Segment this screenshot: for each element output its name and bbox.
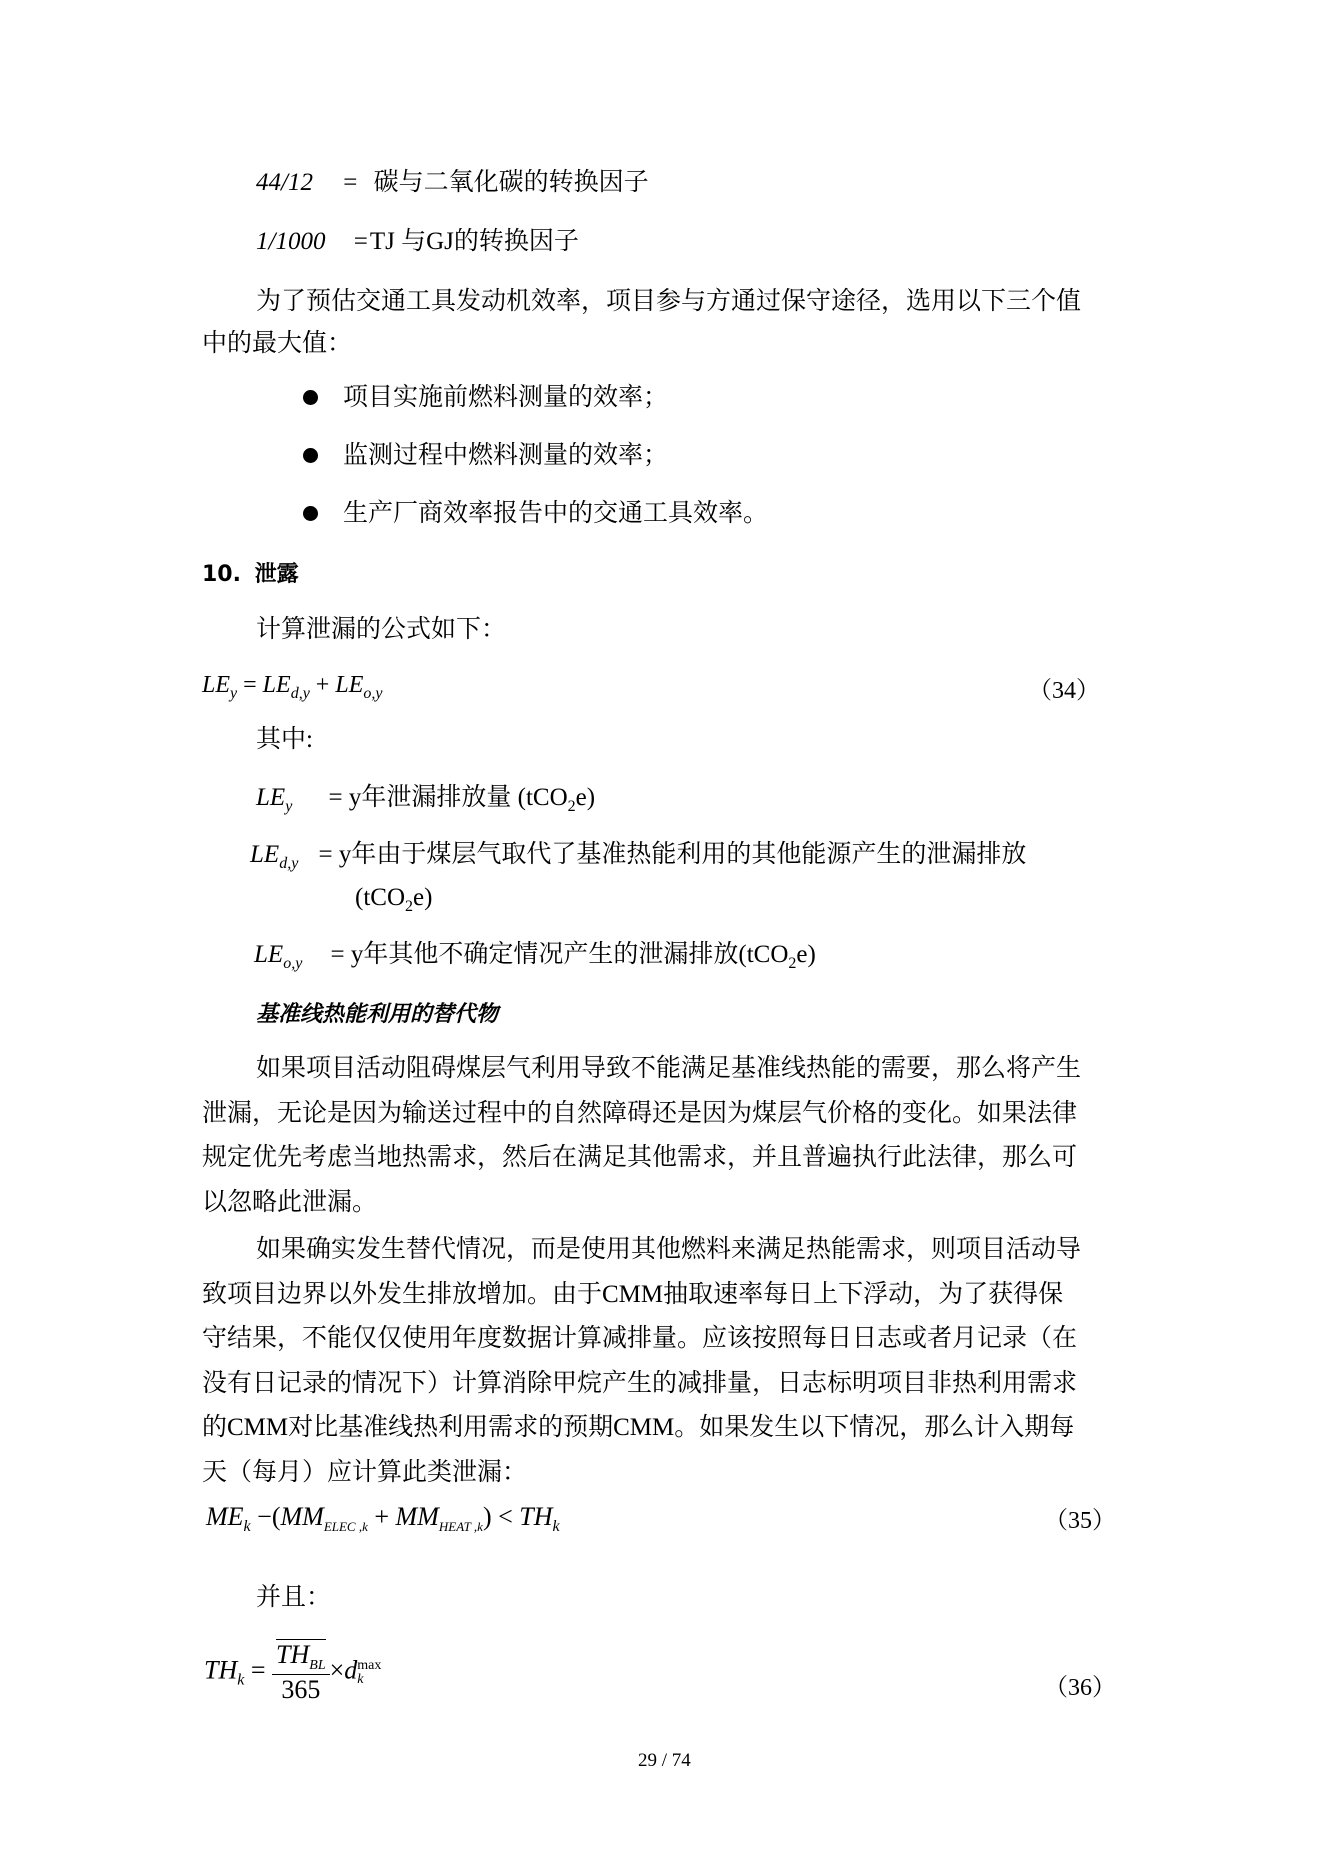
eq-operator: = <box>251 1655 266 1684</box>
bullet-item: 生产厂商效率报告中的交通工具效率。 <box>343 499 768 529</box>
eq-subscript: k <box>237 1671 244 1688</box>
paragraph-line: 如果项目活动阻碍煤层气利用导致不能满足基准线热能的需要，那么将产生 <box>202 1047 1132 1092</box>
definition-le-oy: LEo,y = y年其他不确定情况产生的泄漏排放(tCO2e) <box>254 940 816 979</box>
definition-subscript: y <box>285 798 292 815</box>
bullet-dot-icon <box>303 390 318 405</box>
definition-symbol: LE <box>250 841 279 868</box>
subscript: 2 <box>568 798 576 815</box>
eq-term: LE <box>202 672 230 698</box>
eq-operator: ) <box>483 1502 492 1531</box>
fraction-numerator: THBL <box>272 1640 330 1675</box>
overline-term: THBL <box>276 1639 326 1669</box>
eq-subscript: BL <box>309 1658 325 1673</box>
eq-subscript: y <box>230 685 237 702</box>
paragraph-line: 中的最大值： <box>202 322 1132 367</box>
eq-subscript: d,y <box>291 685 310 702</box>
eq-superscript: max <box>357 1659 381 1673</box>
paragraph-line: 没有日记录的情况下）计算消除甲烷产生的减排量，日志标明项目非热利用需求 <box>202 1362 1132 1407</box>
definition-text: (tCO <box>355 884 405 911</box>
paragraph-line: 为了预估交通工具发动机效率，项目参与方通过保守途径，选用以下三个值 <box>202 280 1132 325</box>
definition-text: = y年由于煤层气取代了基准热能利用的其他能源产生的泄漏排放 <box>319 841 1027 868</box>
eq-operator: = <box>243 672 257 698</box>
eq-scripts: maxk <box>357 1659 381 1687</box>
eq-term: MM <box>396 1502 439 1531</box>
definition-le-dy: LEd,y = y年由于煤层气取代了基准热能利用的其他能源产生的泄漏排放 <box>250 840 1026 879</box>
definition-le-dy-continued: (tCO2e) <box>355 883 432 922</box>
eq-term: ME <box>206 1502 244 1531</box>
equals-sign: = <box>354 228 368 255</box>
paragraph-line: 如果确实发生替代情况，而是使用其他燃料来满足热能需求，则项目活动导 <box>202 1228 1132 1273</box>
equals-sign: = <box>343 169 357 196</box>
section-title: 泄露 <box>255 562 299 587</box>
eq-subscript: HEAT ,k <box>439 1519 483 1534</box>
eq-term: TH <box>519 1502 552 1531</box>
page-indicator: 29 / 74 <box>638 1750 691 1772</box>
definition-le-y: LEy = y年泄漏排放量 (tCO2e) <box>256 783 595 822</box>
paragraph-line: 守结果，不能仅仅使用年度数据计算减排量。应该按照每日日志或者月记录（在 <box>202 1317 1132 1362</box>
eq-subscript: o,y <box>363 685 382 702</box>
eq-term: MM <box>280 1502 323 1531</box>
definition-text: = y年其他不确定情况产生的泄漏排放(tCO <box>331 941 789 968</box>
eq-subscript: k <box>357 1673 381 1687</box>
definition-symbol: 1/1000 <box>256 228 325 255</box>
eq-subscript: k <box>553 1518 560 1535</box>
definition-subscript: d,y <box>279 855 298 872</box>
definition-text: TJ 与GJ的转换因子 <box>370 228 579 255</box>
where-label: 其中: <box>256 725 313 755</box>
and-label: 并且： <box>256 1583 331 1613</box>
bullet-item: 监测过程中燃料测量的效率； <box>343 441 668 471</box>
paragraph-line: 规定优先考虑当地热需求，然后在满足其他需求，并且普遍执行此法律，那么可 <box>202 1136 1132 1181</box>
eq-term: LE <box>263 672 291 698</box>
definition-text-end: e) <box>576 784 595 811</box>
definition-1-1000: 1/1000 =TJ 与GJ的转换因子 <box>256 227 579 257</box>
paragraph-line: 天（每月）应计算此类泄漏： <box>202 1451 1132 1496</box>
eq-operator: + <box>316 672 330 698</box>
definition-text: 碳与二氧化碳的转换因子 <box>374 169 649 196</box>
eq-term: TH <box>276 1640 309 1669</box>
paragraph-line: 的CMM对比基准线热利用需求的预期CMM。如果发生以下情况，那么计入期每 <box>202 1406 1132 1451</box>
eq-operator: −( <box>257 1502 280 1531</box>
bullet-dot-icon <box>303 448 318 463</box>
intro-paragraph: 为了预估交通工具发动机效率，项目参与方通过保守途径，选用以下三个值 中的最大值： <box>202 280 1132 366</box>
definition-symbol: LE <box>256 784 285 811</box>
equation-number-36: （36） <box>1044 1667 1116 1702</box>
definition-subscript: o,y <box>283 955 302 972</box>
subheading: 基准线热能利用的替代物 <box>256 997 498 1028</box>
eq-term: LE <box>335 672 363 698</box>
fraction-denominator: 365 <box>272 1675 330 1705</box>
paragraph-line: 以忽略此泄漏。 <box>202 1181 1132 1226</box>
equation-34: LEy = LEd,y + LEo,y <box>202 670 382 709</box>
eq-subscript: ELEC ,k <box>324 1519 368 1534</box>
section-heading: 10. 泄露 <box>202 557 299 588</box>
paragraph-line: 致项目边界以外发生排放增加。由于CMM抽取速率每日上下浮动，为了获得保 <box>202 1273 1132 1318</box>
formula-intro: 计算泄漏的公式如下： <box>256 615 506 645</box>
definition-text: = y年泄漏排放量 (tCO <box>329 784 568 811</box>
eq-term: TH <box>204 1655 237 1684</box>
eq-subscript: k <box>244 1518 251 1535</box>
equation-number-34: （34） <box>1028 670 1100 705</box>
equation-35: MEk −(MMELEC ,k + MMHEAT ,k) < THk <box>206 1502 560 1536</box>
eq-operator: + <box>374 1502 389 1531</box>
definition-44-12: 44/12 = 碳与二氧化碳的转换因子 <box>256 168 649 198</box>
definition-symbol: 44/12 <box>256 169 313 196</box>
definition-text-end: e) <box>413 884 432 911</box>
eq-operator: < <box>498 1502 513 1531</box>
bullet-dot-icon <box>303 506 318 521</box>
definition-text-end: e) <box>796 941 815 968</box>
equation-36: THk = THBL 365 ×dmaxk <box>204 1640 381 1705</box>
paragraph-line: 泄漏，无论是因为输送过程中的自然障碍还是因为煤层气价格的变化。如果法律 <box>202 1092 1132 1137</box>
bullet-item: 项目实施前燃料测量的效率； <box>343 383 668 413</box>
section-number: 10. <box>202 562 241 587</box>
eq-term: d <box>344 1655 357 1684</box>
paragraph-baseline-substitution: 如果项目活动阻碍煤层气利用导致不能满足基准线热能的需要，那么将产生 泄漏，无论是… <box>202 1047 1132 1225</box>
fraction: THBL 365 <box>272 1640 330 1705</box>
paragraph-substitution-occurs: 如果确实发生替代情况，而是使用其他燃料来满足热能需求，则项目活动导 致项目边界以… <box>202 1228 1132 1495</box>
definition-symbol: LE <box>254 941 283 968</box>
equation-number-35: （35） <box>1044 1500 1116 1535</box>
eq-operator: × <box>330 1655 345 1684</box>
subscript: 2 <box>405 898 413 915</box>
